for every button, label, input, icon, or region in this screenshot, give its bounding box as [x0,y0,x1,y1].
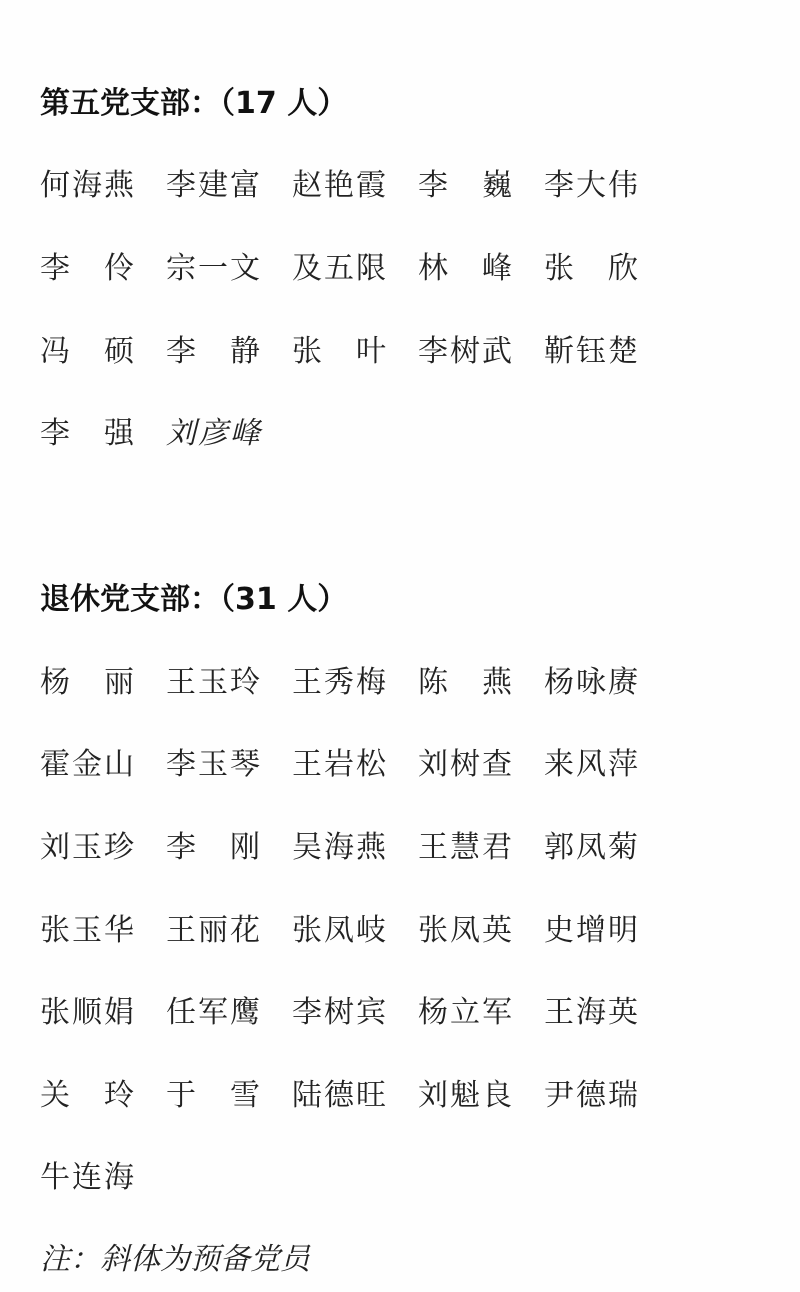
member-name: 杨 丽 [40,663,166,703]
member-name: 刘玉珍 [40,828,166,868]
name-row: 张玉华 王丽花 张凤岐 张凤英 史增明 [40,911,670,951]
member-name: 李 刚 [166,828,292,868]
name-row: 冯 硕 李 静 张 叶 李树武 靳钰楚 [40,332,670,372]
member-name: 王慧君 [418,828,544,868]
member-name: 李树武 [418,332,544,372]
footnote: 注：斜体为预备党员 [40,1240,310,1280]
member-name: 宗一文 [166,249,292,289]
member-name: 李建富 [166,166,292,206]
member-name: 张玉华 [40,911,166,951]
member-name: 史增明 [544,911,670,951]
member-name: 张 欣 [544,249,670,289]
name-row: 张顺娟 任军鹰 李树宾 杨立军 王海英 [40,993,670,1033]
member-name: 杨咏赓 [544,663,670,703]
member-name: 于 雪 [166,1076,292,1116]
member-name: 李玉琴 [166,745,292,785]
member-name: 张 叶 [292,332,418,372]
member-name: 陈 燕 [418,663,544,703]
member-name: 张凤岐 [292,911,418,951]
member-name: 靳钰楚 [544,332,670,372]
name-row: 李 伶 宗一文 及五限 林 峰 张 欣 [40,249,670,289]
member-name: 刘树查 [418,745,544,785]
name-row: 何海燕 李建富 赵艳霞 李 巍 李大伟 [40,166,670,206]
member-name: 李 静 [166,332,292,372]
member-name: 赵艳霞 [292,166,418,206]
member-name: 任军鹰 [166,993,292,1033]
member-name: 李 强 [40,414,166,454]
member-name: 牛连海 [40,1158,166,1198]
member-name: 郭凤菊 [544,828,670,868]
member-name: 霍金山 [40,745,166,785]
member-name: 王秀梅 [292,663,418,703]
member-name: 王丽花 [166,911,292,951]
member-name: 李树宾 [292,993,418,1033]
member-name: 张顺娟 [40,993,166,1033]
member-name: 刘魁良 [418,1076,544,1116]
section-title-retired-branch: 退休党支部：（31 人） [40,580,347,620]
member-name: 何海燕 [40,166,166,206]
name-row: 霍金山 李玉琴 王岩松 刘树查 来风萍 [40,745,670,785]
name-row: 刘玉珍 李 刚 吴海燕 王慧君 郭凤菊 [40,828,670,868]
name-row: 李 强 刘彦峰 [40,414,292,454]
member-name: 李 伶 [40,249,166,289]
name-row: 牛连海 [40,1158,166,1198]
member-name: 林 峰 [418,249,544,289]
member-name: 王海英 [544,993,670,1033]
member-name: 陆德旺 [292,1076,418,1116]
member-name: 关 玲 [40,1076,166,1116]
member-name: 王岩松 [292,745,418,785]
section-title-branch-5: 第五党支部：（17 人） [40,84,347,124]
member-name: 杨立军 [418,993,544,1033]
member-name: 吴海燕 [292,828,418,868]
member-name: 来风萍 [544,745,670,785]
member-name: 王玉玲 [166,663,292,703]
name-row: 杨 丽 王玉玲 王秀梅 陈 燕 杨咏赓 [40,663,670,703]
member-name: 李 巍 [418,166,544,206]
member-name: 尹德瑞 [544,1076,670,1116]
reserve-member-name: 刘彦峰 [166,414,292,454]
name-row: 关 玲 于 雪 陆德旺 刘魁良 尹德瑞 [40,1076,670,1116]
member-name: 李大伟 [544,166,670,206]
member-name: 张凤英 [418,911,544,951]
member-name: 冯 硕 [40,332,166,372]
member-name: 及五限 [292,249,418,289]
